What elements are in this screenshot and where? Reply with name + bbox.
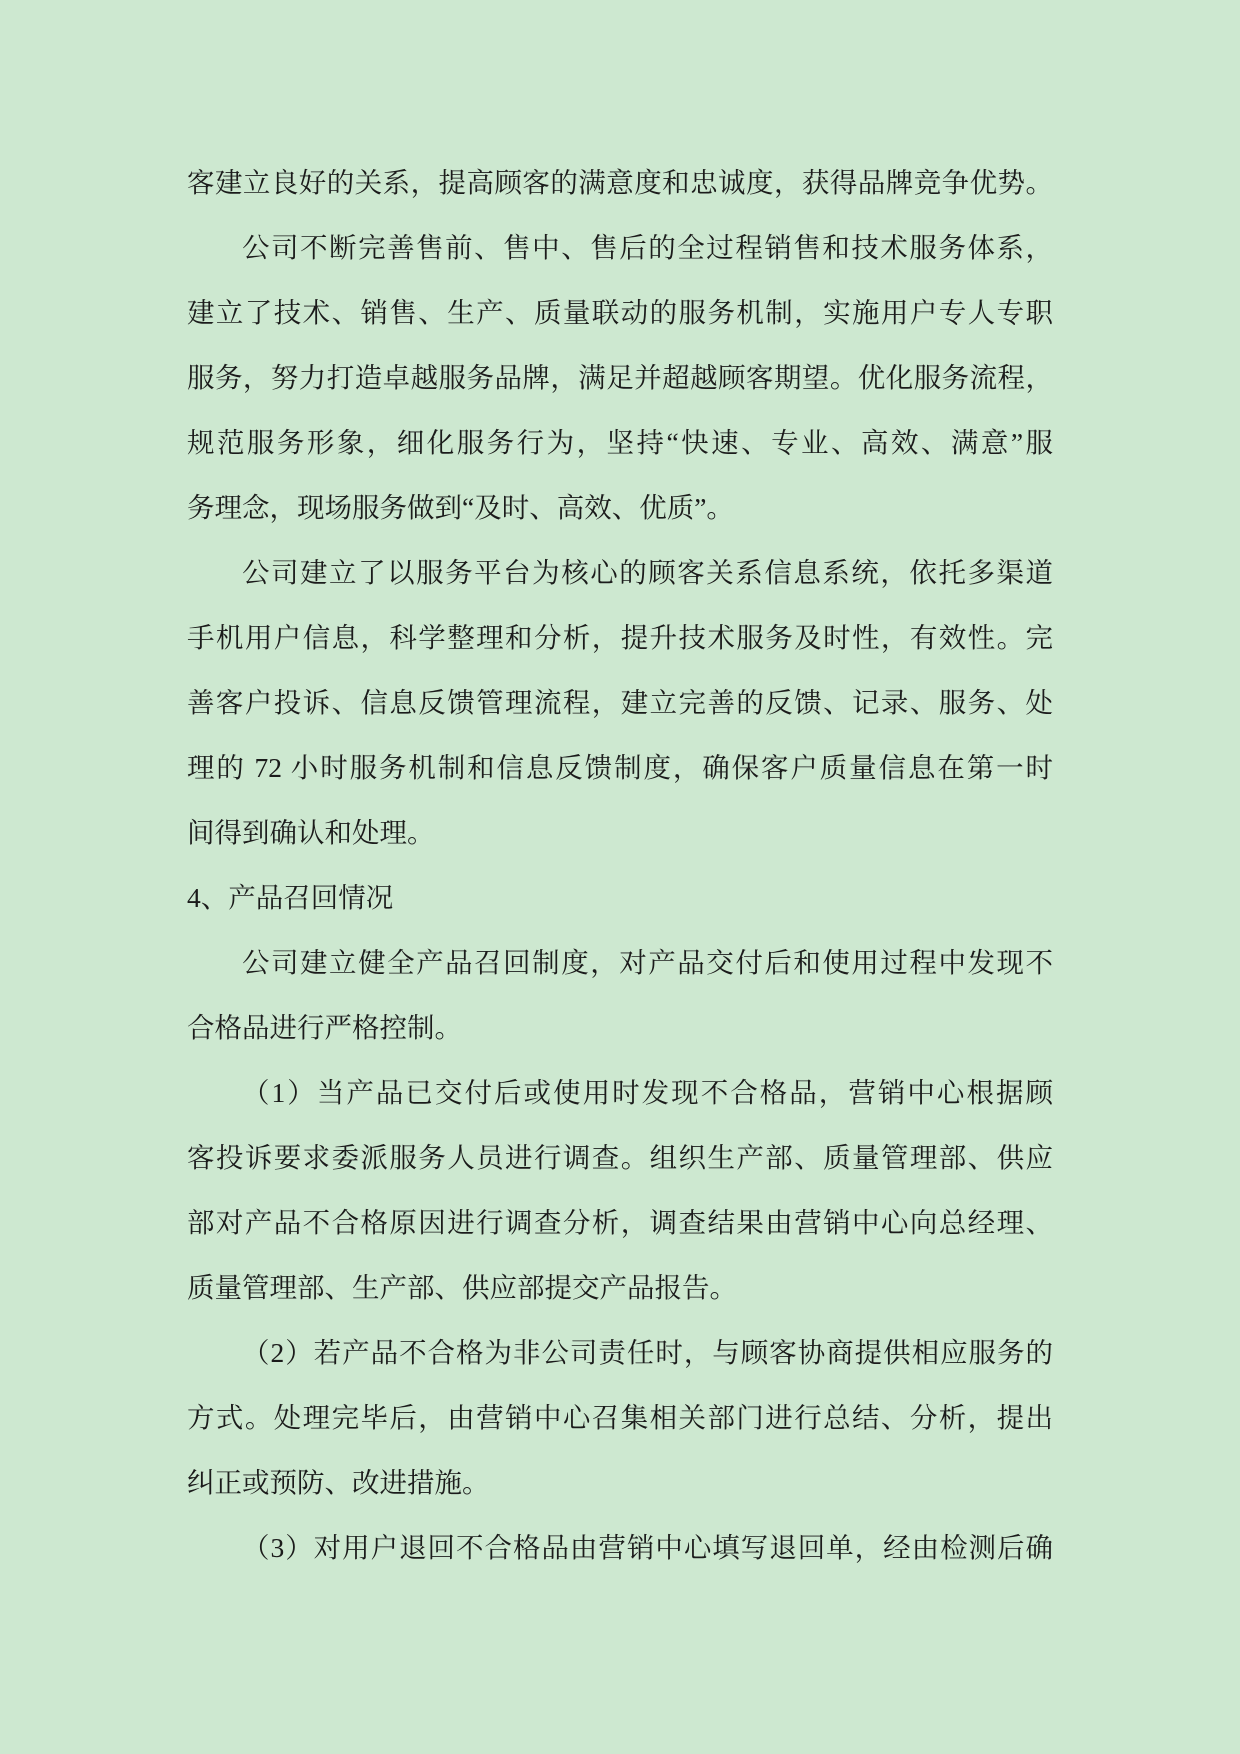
text-line: （2）若产品不合格为非公司责任时，与顾客协商提供相应服务的 [187, 1320, 1053, 1385]
text-line: 方式。处理完毕后，由营销中心召集相关部门进行总结、分析，提出 [187, 1385, 1053, 1450]
text-line: 客建立良好的关系，提高顾客的满意度和忠诚度，获得品牌竞争优势。 [187, 150, 1053, 215]
text-line: （3）对用户退回不合格品由营销中心填写退回单，经由检测后确 [187, 1515, 1053, 1580]
text-line: 理的 72 小时服务机制和信息反馈制度，确保客户质量信息在第一时 [187, 735, 1053, 800]
document-body-text: 客建立良好的关系，提高顾客的满意度和忠诚度，获得品牌竞争优势。 公司不断完善售前… [187, 150, 1053, 1580]
text-line: 服务，努力打造卓越服务品牌，满足并超越顾客期望。优化服务流程， [187, 345, 1053, 410]
document-page: 客建立良好的关系，提高顾客的满意度和忠诚度，获得品牌竞争优势。 公司不断完善售前… [0, 0, 1240, 1754]
text-line: 规范服务形象，细化服务行为，坚持“快速、专业、高效、满意”服 [187, 410, 1053, 475]
text-line: 建立了技术、销售、生产、质量联动的服务机制，实施用户专人专职 [187, 280, 1053, 345]
text-line: 合格品进行严格控制。 [187, 995, 1053, 1060]
section-heading: 4、产品召回情况 [187, 865, 1053, 930]
text-line: 公司建立了以服务平台为核心的顾客关系信息系统，依托多渠道 [187, 540, 1053, 605]
text-line: 公司不断完善售前、售中、售后的全过程销售和技术服务体系， [187, 215, 1053, 280]
text-line: 间得到确认和处理。 [187, 800, 1053, 865]
text-line: 手机用户信息，科学整理和分析，提升技术服务及时性，有效性。完 [187, 605, 1053, 670]
text-line: 善客户投诉、信息反馈管理流程，建立完善的反馈、记录、服务、处 [187, 670, 1053, 735]
text-line: 务理念，现场服务做到“及时、高效、优质”。 [187, 475, 1053, 540]
text-line: （1）当产品已交付后或使用时发现不合格品，营销中心根据顾 [187, 1060, 1053, 1125]
text-line: 客投诉要求委派服务人员进行调查。组织生产部、质量管理部、供应 [187, 1125, 1053, 1190]
text-line: 纠正或预防、改进措施。 [187, 1450, 1053, 1515]
text-line: 质量管理部、生产部、供应部提交产品报告。 [187, 1255, 1053, 1320]
text-line: 公司建立健全产品召回制度，对产品交付后和使用过程中发现不 [187, 930, 1053, 995]
text-line: 部对产品不合格原因进行调查分析，调查结果由营销中心向总经理、 [187, 1190, 1053, 1255]
